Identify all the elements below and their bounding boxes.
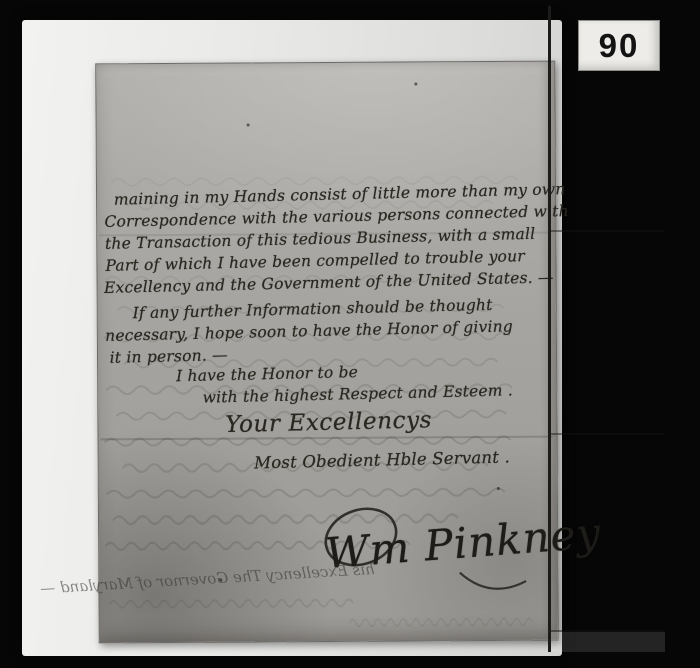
page-number: 90	[599, 27, 640, 65]
microfilm-frame: maining in my Hands consist of little mo…	[0, 0, 700, 668]
strip-crease	[551, 230, 665, 232]
letter-text: maining in my Hands consist of little mo…	[93, 54, 564, 643]
strip-foot	[551, 632, 665, 652]
strip-texture-line	[597, 6, 598, 652]
page-number-label: 90	[578, 20, 660, 71]
signature: Wm Pinkney	[308, 492, 560, 603]
closing-line: with the highest Respect and Esteem .	[202, 381, 513, 406]
valediction: Your Excellencys	[225, 407, 432, 438]
letter-page: maining in my Hands consist of little mo…	[95, 61, 559, 644]
letter-line: it in person. —	[109, 346, 228, 367]
strip-texture-line	[575, 6, 576, 652]
closing-line: I have the Honor to be	[176, 363, 358, 385]
book-edge-strip	[548, 6, 665, 652]
strip-crease	[551, 433, 665, 435]
closing-line: Most Obedient Hble Servant .	[254, 447, 510, 472]
